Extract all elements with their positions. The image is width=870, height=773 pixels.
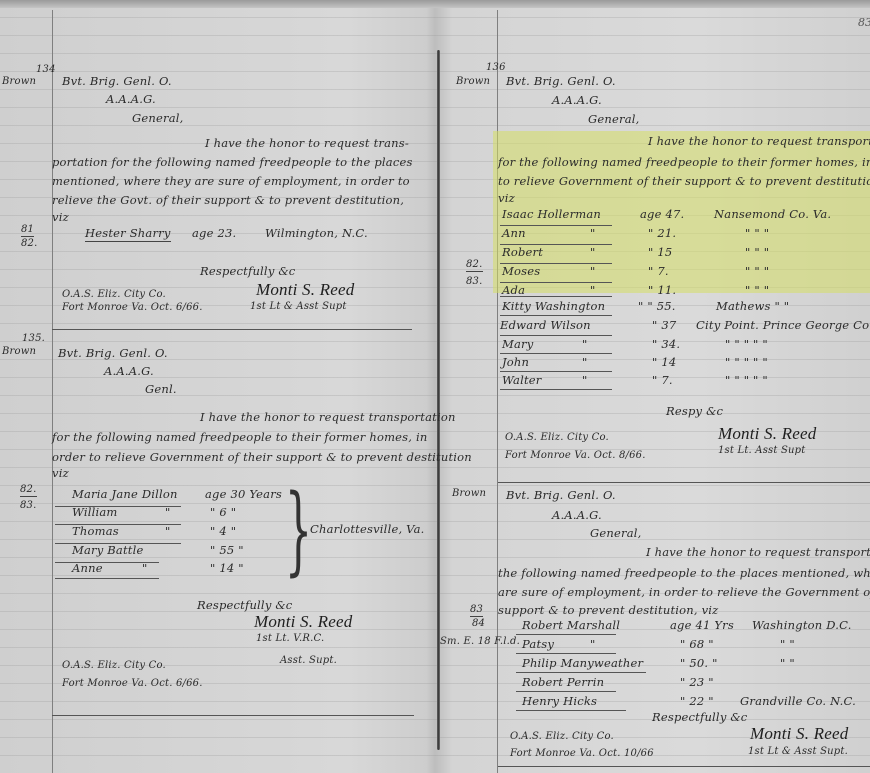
person-name: Robert Perrin [522,675,604,689]
ditto-mark: " [590,637,596,651]
ditto-mark: " [590,264,596,278]
entry-divider [498,482,870,483]
ditto-mark: " [165,524,171,538]
entry-divider [498,766,870,767]
body-line: the following named freedpeople to the p… [498,566,870,580]
person-destination: " " [780,637,795,651]
person-age: " 14 [652,355,676,369]
body-line: I have the honor to request transportati… [646,545,870,559]
person-destination: Mathews " " [716,299,789,313]
ditto-mark: " [165,505,171,519]
ledger-spread: 83 134 Brown Bvt. Brig. Genl. O. A.A.A.G… [0,0,870,773]
body-line: relieve the Govt. of their support & to … [52,193,404,207]
person-age: " 7. [648,264,669,278]
person-age: " 11. [648,283,676,297]
body-line: viz [498,191,515,205]
margin-name: Brown [452,488,486,499]
salutation-line: General, [590,526,642,540]
page-number: 83 [858,16,870,29]
page-top-edge [0,0,870,8]
body-line: viz [52,210,69,224]
person-age: " 50. " [680,656,718,670]
ditto-mark: " [590,245,596,259]
body-line: I have the honor to request transportati… [648,134,870,148]
margin-name: Brown [2,76,36,87]
salutation-line: A.A.A.G. [104,364,154,378]
signature: Monti S. Reed [254,612,352,632]
office-line: O.A.S. Eliz. City Co. [62,289,166,300]
person-name: Edward Wilson [500,318,591,332]
ditto-mark: " [142,561,148,575]
person-destination: Wilmington, N.C. [265,226,368,240]
salutation-line: General, [588,112,640,126]
person-destination: " " " " " [725,373,768,387]
salutation-line: Bvt. Brig. Genl. O. [506,74,616,88]
person-name: William [72,505,118,519]
body-line: mentioned, where they are sure of employ… [52,174,410,188]
ditto-mark: " [582,355,588,369]
person-age: " 7. [652,373,673,387]
person-destination: " " " [745,283,769,297]
person-name: Mary Battle [72,543,144,557]
row-rule [516,653,616,654]
person-name: Hester Sharry [85,226,171,242]
body-line: I have the honor to request transportati… [200,410,456,424]
signature: Monti S. Reed [256,280,354,300]
ref-number: 84 [472,618,485,629]
person-destination: " " " [745,245,769,259]
group-destination: Charlottesville, Va. [310,522,425,536]
entry-divider [52,715,414,716]
row-rule [500,353,612,354]
person-name: Robert Marshall [522,618,620,632]
salutation-line: Bvt. Brig. Genl. O. [58,346,168,360]
row-rule [500,335,612,336]
person-destination: Nansemond Co. Va. [714,207,831,221]
person-age: " 6 " [210,505,236,519]
ref-number: 83. [20,500,37,511]
person-age: " 37 [652,318,676,332]
row-rule [500,371,612,372]
person-age: " 34. [652,337,680,351]
person-age: " 68 " [680,637,714,651]
ref-number: 82. [21,238,38,249]
ref-number: 83. [466,276,483,287]
person-age: " 15 [648,245,672,259]
body-line: order to relieve Government of their sup… [52,450,472,464]
grouping-brace: } [285,482,312,578]
body-line: for the following named freedpeople to t… [52,430,427,444]
ditto-mark: " [590,226,596,240]
person-age: age 23. [192,226,236,240]
person-destination: " " " [745,226,769,240]
signer-title: Asst. Supt. [280,655,337,666]
salutation-line: A.A.A.G. [552,93,602,107]
person-name: Isaac Hollerman [502,207,601,221]
person-name: Patsy [522,637,554,651]
ref-number: 82. [20,484,37,497]
salutation-line: A.A.A.G. [552,508,602,522]
row-rule [500,315,612,316]
row-rule [500,389,612,390]
closing: Respectfully &c [197,598,292,612]
margin-name: Brown [456,76,490,87]
person-destination: City Point. Prince George Co. Va. [696,318,870,332]
body-line: I have the honor to request trans- [205,136,409,150]
person-age: " 21. [648,226,676,240]
ref-number: 82. [466,259,483,272]
entry-number: 135. [22,333,45,344]
closing: Respy &c [666,404,723,418]
entry-number: 136 [486,62,506,73]
body-line: are sure of employment, in order to reli… [498,585,870,599]
office-line: O.A.S. Eliz. City Co. [510,731,614,742]
signer-title: 1st Lt & Asst Supt. [748,746,848,757]
signer-title: 1st Lt & Asst Supt [250,301,347,312]
person-destination: " " [780,656,795,670]
person-name: Ann [502,226,526,240]
ref-number: 83 [470,604,483,617]
person-destination: Grandville Co. N.C. [740,694,856,708]
person-destination: " " " " " [725,337,768,351]
person-age: " 4 " [210,524,236,538]
person-name: Thomas [72,524,119,538]
left-margin-rule [52,10,53,773]
closing: Respectfully &c [652,710,747,724]
body-line: for the following named freedpeople to t… [498,155,870,169]
person-destination: " " " " " [725,355,768,369]
person-age: " 55 " [210,543,244,557]
office-line: Fort Monroe Va. Oct. 6/66. [62,302,203,313]
body-line: viz [52,466,69,480]
person-name: Walter [502,373,541,387]
person-name: Ada [502,283,525,297]
entry-divider [52,329,412,330]
row-rule [516,634,616,635]
row-rule [516,710,626,711]
salutation-line: A.A.A.G. [106,92,156,106]
office-line: O.A.S. Eliz. City Co. [62,660,166,671]
person-age: " 14 " [210,561,244,575]
person-name: John [502,355,529,369]
ditto-mark: " [582,373,588,387]
right-margin-rule [497,10,498,773]
salutation-line: Genl. [145,382,177,396]
row-rule [516,672,646,673]
person-name: Anne [72,561,103,575]
person-destination: " " " [745,264,769,278]
row-rule [500,296,612,297]
margin-note: Sm. E. 18 F.l.d. [440,636,520,647]
office-line: Fort Monroe Va. Oct. 10/66 [510,748,654,759]
person-name: Robert [502,245,543,259]
salutation-line: Bvt. Brig. Genl. O. [62,74,172,88]
office-line: O.A.S. Eliz. City Co. [505,432,609,443]
person-destination: Washington D.C. [752,618,852,632]
person-name: Philip Manyweather [522,656,643,670]
margin-name: Brown [2,346,36,357]
signature: Monti S. Reed [718,424,816,444]
body-line: portation for the following named freedp… [52,155,413,169]
row-rule [516,691,616,692]
person-age: " 23 " [680,675,714,689]
closing: Respectfully &c [200,264,295,278]
person-name: Henry Hicks [522,694,597,708]
signer-title: 1st Lt. V.R.C. [256,633,324,644]
entry-number: 134 [36,64,56,75]
ditto-mark: " [590,283,596,297]
ditto-mark: " [582,337,588,351]
person-age: " 22 " [680,694,714,708]
signer-title: 1st Lt. Asst Supt [718,445,806,456]
person-name: Kitty Washington [502,299,605,313]
office-line: Fort Monroe Va. Oct. 8/66. [505,450,646,461]
person-age: age 41 Yrs [670,618,734,632]
person-age: " " 55. [638,299,676,313]
person-name: Moses [502,264,540,278]
person-name: Mary [502,337,533,351]
ref-number: 81 [21,224,34,237]
person-name: Maria Jane Dillon [72,487,178,501]
body-line: support & to prevent destitution, viz [498,603,718,617]
body-line: to relieve Government of their support &… [498,174,870,188]
person-age: age 47. [640,207,684,221]
office-line: Fort Monroe Va. Oct. 6/66. [62,678,203,689]
person-age: age 30 Years [205,487,282,501]
salutation-line: General, [132,111,184,125]
salutation-line: Bvt. Brig. Genl. O. [506,488,616,502]
row-rule [55,578,159,579]
signature: Monti S. Reed [750,724,848,744]
